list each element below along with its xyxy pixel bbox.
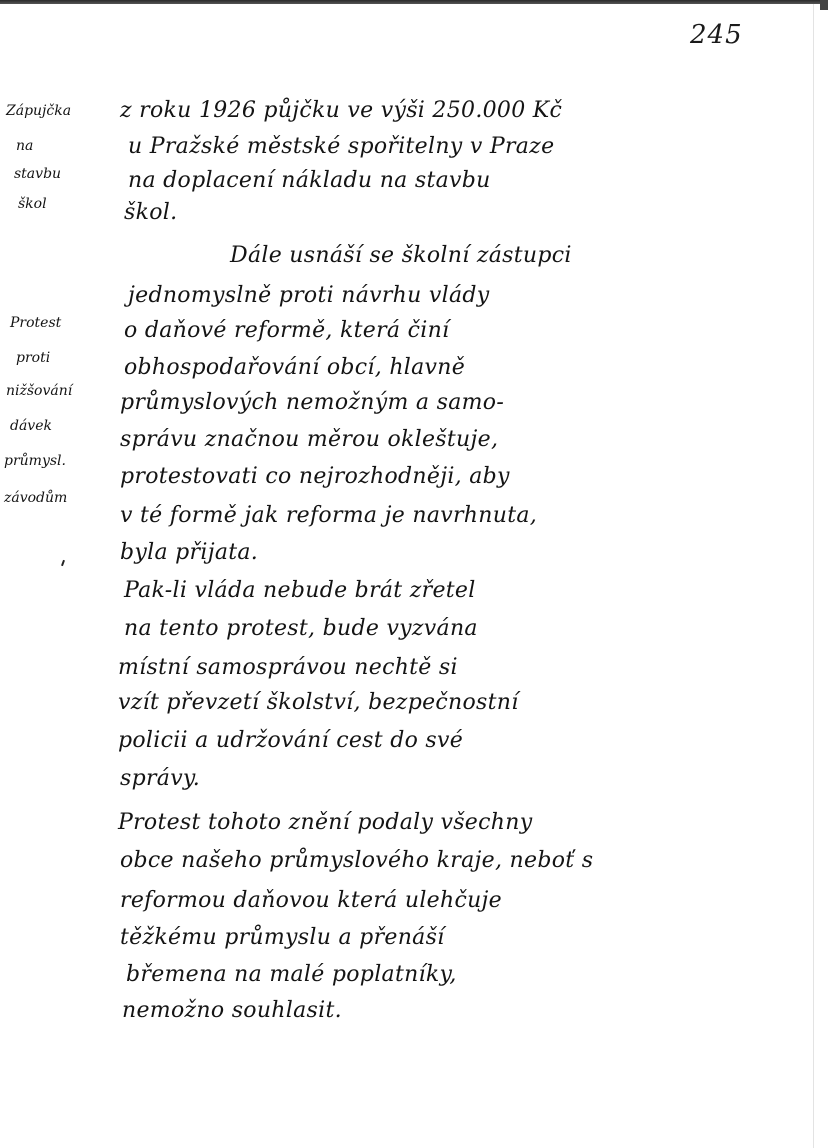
body-line: nemožno souhlasit. (122, 998, 342, 1023)
body-line: Dále usnáší se školní zástupci (230, 243, 572, 268)
page-number: 245 (690, 20, 743, 50)
body-line: místní samosprávou nechtě si (118, 655, 458, 680)
body-line: správu značnou měrou okleštuje, (120, 427, 498, 452)
body-line: vzít převzetí školství, bezpečnostní (118, 690, 519, 715)
body-line: těžkému průmyslu a přenáší (120, 925, 445, 950)
margin-note: dávek (10, 418, 52, 434)
body-line: byla přijata. (120, 540, 258, 565)
margin-note: nižšování (6, 383, 72, 399)
margin-note: na (16, 138, 33, 154)
margin-note: Protest (10, 315, 61, 331)
body-line: obhospodařování obcí, hlavně (124, 355, 465, 380)
body-line: břemena na malé poplatníky, (126, 962, 457, 987)
top-edge-corner (820, 0, 828, 10)
body-line: reformou daňovou která ulehčuje (120, 888, 502, 913)
body-line: v té formě jak reforma je navrhnuta, (120, 503, 537, 528)
margin-note: proti (16, 350, 50, 366)
scanned-page: 245 Zápujčka na stavbu škol Protest prot… (0, 0, 828, 1148)
body-line: jednomyslně proti návrhu vlády (128, 283, 490, 308)
body-line: z roku 1926 půjčku ve výši 250.000 Kč (120, 98, 562, 123)
body-line: na tento protest, bude vyzvána (124, 616, 478, 641)
top-edge-shadow (0, 0, 828, 4)
margin-note: škol (18, 196, 47, 212)
margin-note: závodům (4, 490, 67, 506)
body-line: Protest tohoto znění podaly všechny (118, 810, 532, 835)
ink-mark (61, 560, 65, 566)
body-line: o daňové reformě, která činí (124, 318, 449, 343)
margin-note: průmysl. (4, 453, 66, 469)
margin-note: Zápujčka (6, 103, 71, 119)
body-line: škol. (124, 200, 177, 225)
body-line: policii a udržování cest do své (118, 728, 463, 753)
body-line: u Pražské městské spořitelny v Praze (128, 134, 554, 159)
body-line: obce našeho průmyslového kraje, neboť s (120, 848, 593, 873)
body-line: protestovati co nejrozhodněji, aby (120, 464, 510, 489)
margin-note: stavbu (14, 166, 61, 182)
body-line: správy. (120, 766, 200, 791)
body-line: Pak-li vláda nebude brát zřetel (124, 578, 476, 603)
body-line: na doplacení nákladu na stavbu (128, 168, 491, 193)
body-line: průmyslových nemožným a samo- (120, 390, 504, 415)
right-page-edge (813, 4, 814, 1148)
